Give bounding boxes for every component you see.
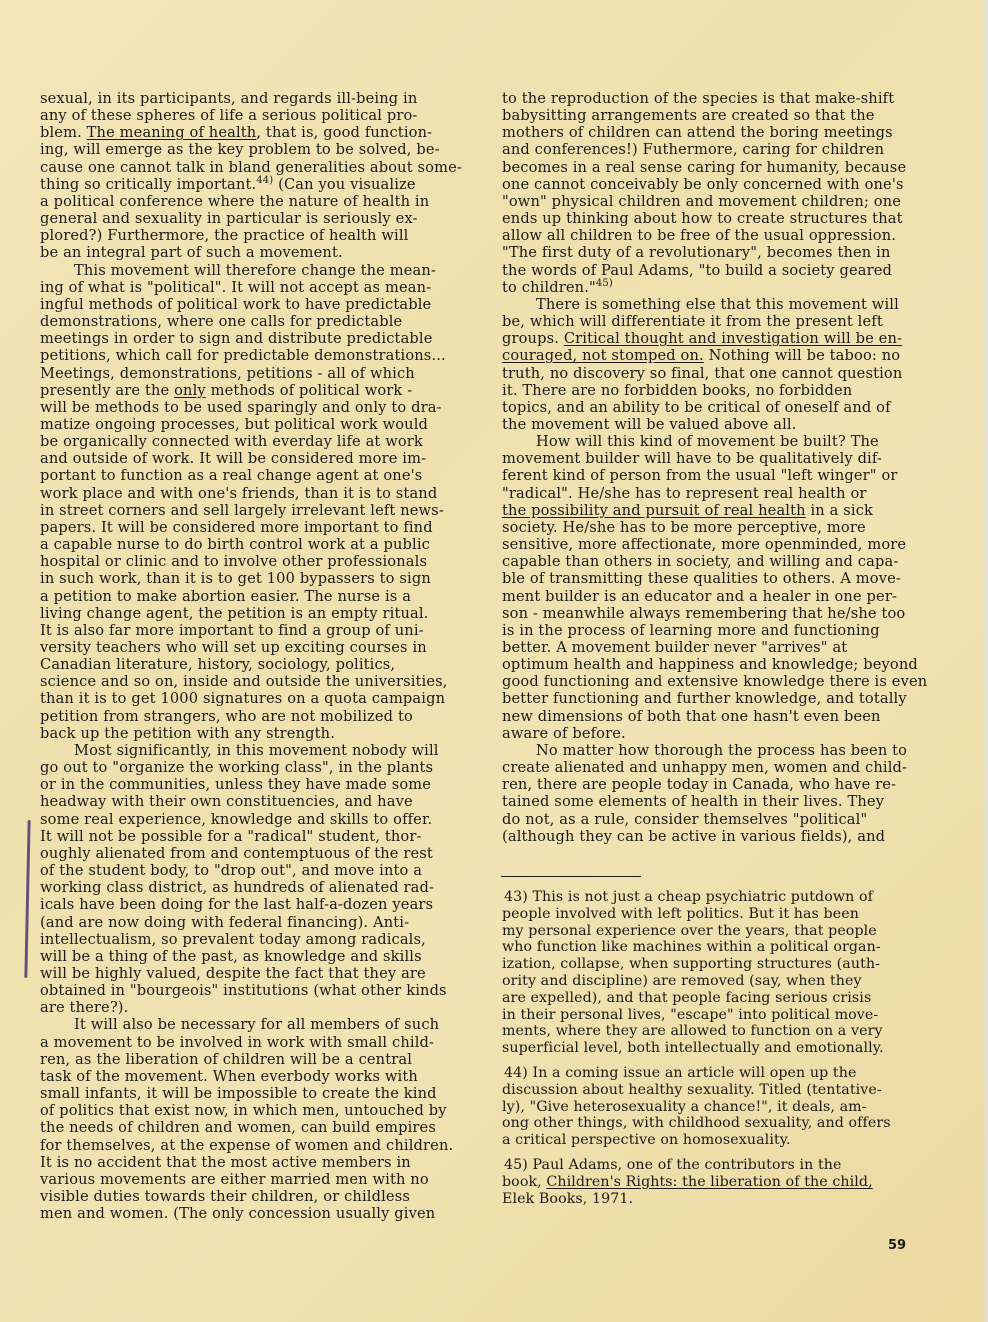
text-line: science and so on, inside and outside th… <box>40 673 480 690</box>
text-line: is in the process of learning more and f… <box>502 622 942 639</box>
text-line: headway with their own constituencies, a… <box>40 793 480 810</box>
footnote-line: book, Children's Rights: the liberation … <box>502 1174 932 1191</box>
text-line: sensitive, more affectionate, more openm… <box>502 536 942 553</box>
footnote-line: superficial level, both intellectually a… <box>502 1040 932 1057</box>
paragraph-start: Most significantly, in this movement nob… <box>40 742 480 759</box>
text-line: will be a thing of the past, as knowledg… <box>40 948 480 965</box>
footnote-line: people involved with left politics. But … <box>502 906 932 923</box>
text-line: the words of Paul Adams, "to build a soc… <box>502 262 942 279</box>
text-line: oughly alienated from and contemptuous o… <box>40 845 480 862</box>
text-fragment: groups. <box>502 330 564 347</box>
text-line: papers. It will be considered more impor… <box>40 519 480 536</box>
text-line: "The first duty of a revolutionary", bec… <box>502 244 942 261</box>
footnote-44: 44) In a coming issue an article will op… <box>502 1065 932 1149</box>
text-line: ren, there are people today in Canada, w… <box>502 776 942 793</box>
text-line: general and sexuality in particular is s… <box>40 210 480 227</box>
text-line: the movement will be valued above all. <box>502 416 942 433</box>
text-line: to children."45) <box>502 279 942 296</box>
text-line: mothers of children can attend the borin… <box>502 124 942 141</box>
footnote-ref-45: 45) <box>596 278 613 289</box>
footnote-line: ority and discipline) are removed (say, … <box>502 973 932 990</box>
text-fragment: Nothing will be taboo: no <box>704 347 900 364</box>
text-line: or in the communities, unless they have … <box>40 776 480 793</box>
text-line: better functioning and further knowledge… <box>502 690 942 707</box>
text-line: good functioning and extensive knowledge… <box>502 673 942 690</box>
text-line: ingful methods of political work to have… <box>40 296 480 313</box>
underlined-phrase: couraged, not stomped on. <box>502 347 704 364</box>
footnote-line: ization, collapse, when supporting struc… <box>502 956 932 973</box>
book-title: Children's Rights: the liberation of the… <box>546 1174 872 1190</box>
text-line: a movement to be involved in work with s… <box>40 1034 480 1051</box>
underlined-word: only <box>174 382 206 399</box>
text-line: some real experience, knowledge and skil… <box>40 811 480 828</box>
text-line: a petition to make abortion easier. The … <box>40 588 480 605</box>
paragraph-start: This movement will therefore change the … <box>40 262 480 279</box>
text-line: of the student body, to "drop out", and … <box>40 862 480 879</box>
text-line: of politics that exist now, in which men… <box>40 1102 480 1119</box>
footnote-divider <box>501 876 641 877</box>
underlined-phrase: Critical thought and investigation will … <box>564 330 902 347</box>
text-line: hospital or clinic and to involve other … <box>40 553 480 570</box>
text-line: presently are the only methods of politi… <box>40 382 480 399</box>
text-line: the needs of children and women, can bui… <box>40 1119 480 1136</box>
text-line: ends up thinking about how to create str… <box>502 210 942 227</box>
text-fragment: , that is, good function- <box>256 124 432 141</box>
text-line: for themselves, at the expense of women … <box>40 1137 480 1154</box>
text-line: It will not be possible for a "radical" … <box>40 828 480 845</box>
text-line: thing so critically important.44) (Can y… <box>40 176 480 193</box>
underlined-phrase: the possibility and pursuit of real heal… <box>502 502 806 519</box>
text-line: ing of what is "political". It will not … <box>40 279 480 296</box>
text-line: a political conference where the nature … <box>40 193 480 210</box>
text-line: and conferences!) Futhermore, caring for… <box>502 141 942 158</box>
text-line: allow all children to be free of the usu… <box>502 227 942 244</box>
paragraph-start: It will also be necessary for all member… <box>40 1016 480 1033</box>
text-line: cause one cannot talk in bland generalit… <box>40 159 480 176</box>
footnote-line: my personal experience over the years, t… <box>502 923 932 940</box>
text-line: create alienated and unhappy men, women … <box>502 759 942 776</box>
text-line: back up the petition with any strength. <box>40 725 480 742</box>
text-line: living change agent, the petition is an … <box>40 605 480 622</box>
paragraph-start: How will this kind of movement be built?… <box>502 433 942 450</box>
underlined-phrase: The meaning of health <box>87 124 257 141</box>
text-line: are there?). <box>40 999 480 1016</box>
text-fragment: blem. <box>40 124 87 141</box>
footnote-line: 44) In a coming issue an article will op… <box>502 1065 932 1082</box>
footnote-line: Elek Books, 1971. <box>502 1191 932 1208</box>
text-fragment: book, <box>502 1174 546 1190</box>
text-line: go out to "organize the working class", … <box>40 759 480 776</box>
text-line: be organically connected with everday li… <box>40 433 480 450</box>
text-line: better. A movement builder never "arrive… <box>502 639 942 656</box>
text-fragment: presently are the <box>40 382 174 399</box>
text-line: the possibility and pursuit of real heal… <box>502 502 942 519</box>
text-line: a capable nurse to do birth control work… <box>40 536 480 553</box>
text-line: be an integral part of such a movement. <box>40 244 480 261</box>
text-line: groups. Critical thought and investigati… <box>502 330 942 347</box>
footnote-line: who function like machines within a poli… <box>502 939 932 956</box>
text-line: working class district, as hundreds of a… <box>40 879 480 896</box>
text-line: any of these spheres of life a serious p… <box>40 107 480 124</box>
text-line: "radical". He/she has to represent real … <box>502 485 942 502</box>
text-fragment: thing so critically important. <box>40 176 256 193</box>
footnote-ref-44: 44) <box>256 175 273 186</box>
paragraph-start: No matter how thorough the process has b… <box>502 742 942 759</box>
footnote-line: a critical perspective on homosexuality. <box>502 1132 932 1149</box>
text-line: in street corners and sell largely irrel… <box>40 502 480 519</box>
text-line: small infants, it will be impossible to … <box>40 1085 480 1102</box>
text-line: sexual, in its participants, and regards… <box>40 90 480 107</box>
text-line: Meetings, demonstrations, petitions - al… <box>40 365 480 382</box>
text-line: demonstrations, where one calls for pred… <box>40 313 480 330</box>
text-fragment: to children." <box>502 279 596 296</box>
text-line: (although they can be active in various … <box>502 828 942 845</box>
text-line: babysitting arrangements are created so … <box>502 107 942 124</box>
footnote-line: 43) This is not just a cheap psychiatric… <box>502 889 932 906</box>
text-line: capable than others in society, and will… <box>502 553 942 570</box>
text-line: It is also far more important to find a … <box>40 622 480 639</box>
text-line: It is no accident that the most active m… <box>40 1154 480 1171</box>
text-line: visible duties towards their children, o… <box>40 1188 480 1205</box>
footnote-line: ments, where they are allowed to functio… <box>502 1023 932 1040</box>
text-line: petition from strangers, who are not mob… <box>40 708 480 725</box>
handwritten-margin-mark <box>24 820 30 978</box>
text-line: intellectualism, so prevalent today amon… <box>40 931 480 948</box>
text-line: becomes in a real sense caring for human… <box>502 159 942 176</box>
text-line: Canadian literature, history, sociology,… <box>40 656 480 673</box>
text-line: topics, and an ability to be critical of… <box>502 399 942 416</box>
text-line: do not, as a rule, consider themselves "… <box>502 811 942 828</box>
text-line: and outside of work. It will be consider… <box>40 450 480 467</box>
footnote-line: 45) Paul Adams, one of the contributors … <box>502 1157 932 1174</box>
text-fragment: in a sick <box>806 502 873 519</box>
footnotes: 43) This is not just a cheap psychiatric… <box>502 889 932 1215</box>
footnote-43: 43) This is not just a cheap psychiatric… <box>502 889 932 1057</box>
text-line: versity teachers who will set up excitin… <box>40 639 480 656</box>
text-line: "own" physical children and movement chi… <box>502 193 942 210</box>
text-line: petitions, which call for predictable de… <box>40 347 480 364</box>
footnote-line: ong other things, with childhood sexuali… <box>502 1115 932 1132</box>
footnote-line: discussion about healthy sexuality. Titl… <box>502 1082 932 1099</box>
text-line: ble of transmitting these qualities to o… <box>502 570 942 587</box>
text-line: one cannot conceivably be only concerned… <box>502 176 942 193</box>
paragraph-start: There is something else that this moveme… <box>502 296 942 313</box>
document-page: sexual, in its participants, and regards… <box>0 0 988 1322</box>
text-fragment: (Can you visualize <box>273 176 415 193</box>
text-line: task of the movement. When everbody work… <box>40 1068 480 1085</box>
right-column: to the reproduction of the species is th… <box>502 90 942 845</box>
text-line: to the reproduction of the species is th… <box>502 90 942 107</box>
footnote-line: ly), "Give heterosexuality a chance!", i… <box>502 1099 932 1116</box>
text-line: tained some elements of health in their … <box>502 793 942 810</box>
text-line: blem. The meaning of health, that is, go… <box>40 124 480 141</box>
text-line: will be highly valued, despite the fact … <box>40 965 480 982</box>
text-line: son - meanwhile always remembering that … <box>502 605 942 622</box>
text-line: truth, no discovery so final, that one c… <box>502 365 942 382</box>
text-line: ferent kind of person from the usual "le… <box>502 467 942 484</box>
text-line: movement builder will have to be qualita… <box>502 450 942 467</box>
text-line: ren, as the liberation of children will … <box>40 1051 480 1068</box>
text-line: ing, will emerge as the key problem to b… <box>40 141 480 158</box>
text-line: be, which will differentiate it from the… <box>502 313 942 330</box>
text-line: (and are now doing with federal financin… <box>40 914 480 931</box>
footnote-line: in their personal lives, "escape" into p… <box>502 1007 932 1024</box>
text-line: will be methods to be used sparingly and… <box>40 399 480 416</box>
text-line: than it is to get 1000 signatures on a q… <box>40 690 480 707</box>
text-line: couraged, not stomped on. Nothing will b… <box>502 347 942 364</box>
text-line: new dimensions of both that one hasn't e… <box>502 708 942 725</box>
text-line: work place and with one's friends, than … <box>40 485 480 502</box>
text-line: portant to function as a real change age… <box>40 467 480 484</box>
text-fragment: methods of political work - <box>206 382 413 399</box>
text-line: aware of before. <box>502 725 942 742</box>
footnote-line: are expelled), and that people facing se… <box>502 990 932 1007</box>
text-line: various movements are either married men… <box>40 1171 480 1188</box>
text-line: matize ongoing processes, but political … <box>40 416 480 433</box>
text-line: ment builder is an educator and a healer… <box>502 588 942 605</box>
text-line: men and women. (The only concession usua… <box>40 1205 480 1222</box>
text-line: obtained in "bourgeois" institutions (wh… <box>40 982 480 999</box>
text-line: plored?) Furthermore, the practice of he… <box>40 227 480 244</box>
text-line: icals have been doing for the last half-… <box>40 896 480 913</box>
page-number: 59 <box>888 1238 906 1253</box>
left-column: sexual, in its participants, and regards… <box>40 90 480 1222</box>
text-line: it. There are no forbidden books, no for… <box>502 382 942 399</box>
text-line: in such work, than it is to get 100 bypa… <box>40 570 480 587</box>
text-line: optimum health and happiness and knowled… <box>502 656 942 673</box>
text-line: society. He/she has to be more perceptiv… <box>502 519 942 536</box>
footnote-45: 45) Paul Adams, one of the contributors … <box>502 1157 932 1207</box>
text-line: meetings in order to sign and distribute… <box>40 330 480 347</box>
